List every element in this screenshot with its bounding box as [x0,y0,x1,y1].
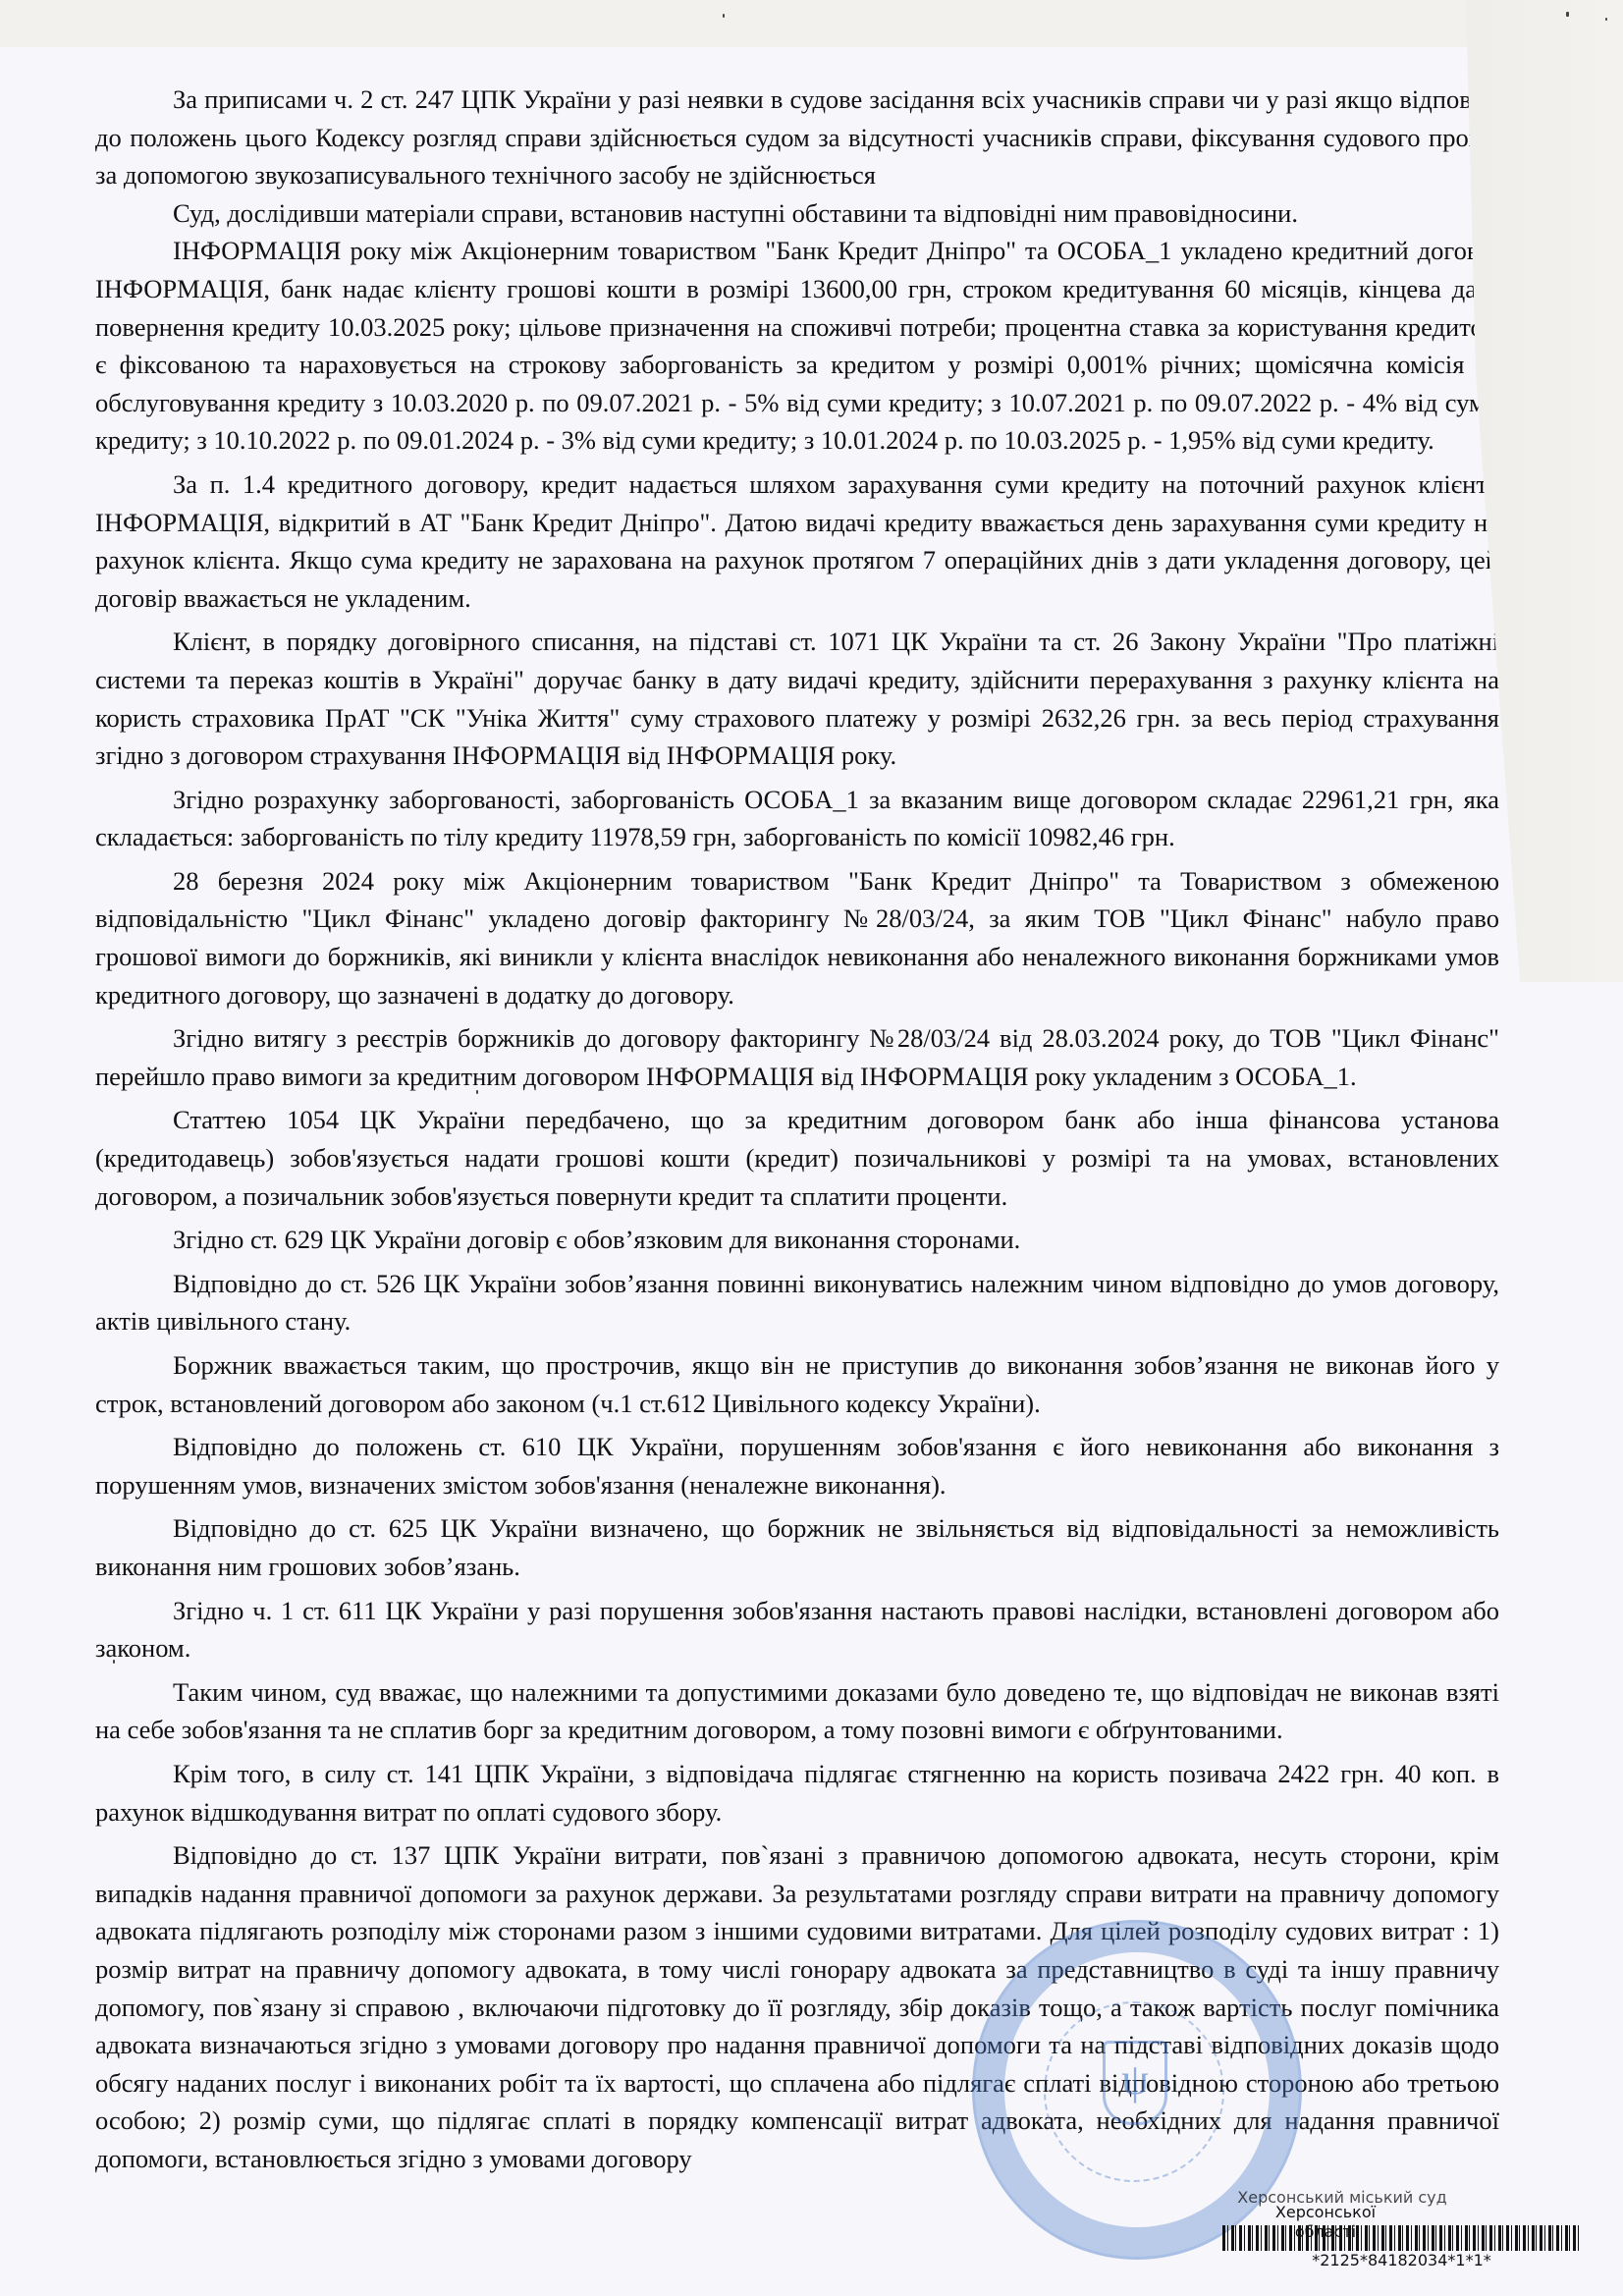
paragraph: 28 березня 2024 року між Акціонерним тов… [95,862,1499,1013]
paragraph: Таким чином, суд вважає, що належними та… [95,1673,1499,1749]
paragraph: Згідно ст. 629 ЦК України договір є обов… [95,1221,1499,1259]
paragraph: Відповідно до ст. 625 ЦК України визначе… [95,1509,1499,1585]
paragraph: ІНФОРМАЦІЯ року між Акціонерним товарист… [95,232,1499,460]
paragraph: Боржник вважається таким, що прострочив,… [95,1346,1499,1422]
paragraph: Відповідно до ст. 137 ЦПК України витрат… [95,1836,1499,2177]
court-name-line1: Херсонський міський суд [1215,2188,1470,2208]
paragraph: За приписами ч. 2 ст. 247 ЦПК України у … [95,81,1519,194]
paragraph: Згідно ч. 1 ст. 611 ЦК України у разі по… [95,1592,1499,1667]
paragraph: Клієнт, в порядку договірного списання, … [95,623,1499,774]
paragraph: Згідно розрахунку заборгованості, заборг… [95,781,1499,856]
paragraph: Крім того, в силу ст. 141 ЦПК України, з… [95,1755,1499,1831]
document-barcode [1222,2225,1581,2251]
document-body: За приписами ч. 2 ст. 247 ЦПК України у … [95,81,1499,2177]
paragraph: Суд, дослідивши матеріали справи, встано… [95,194,1499,233]
paragraph: Відповідно до положень ст. 610 ЦК Україн… [95,1428,1499,1503]
paragraph: Відповідно до ст. 526 ЦК України зобов’я… [95,1265,1499,1340]
paragraph: Згідно витягу з реєстрів боржників до до… [95,1019,1499,1095]
paragraph: Статтею 1054 ЦК України передбачено, що … [95,1101,1499,1215]
paragraph: За п. 1.4 кредитного договору, кредит на… [95,465,1499,617]
barcode-number: *2125*84182034*1*1* [1222,2251,1581,2269]
